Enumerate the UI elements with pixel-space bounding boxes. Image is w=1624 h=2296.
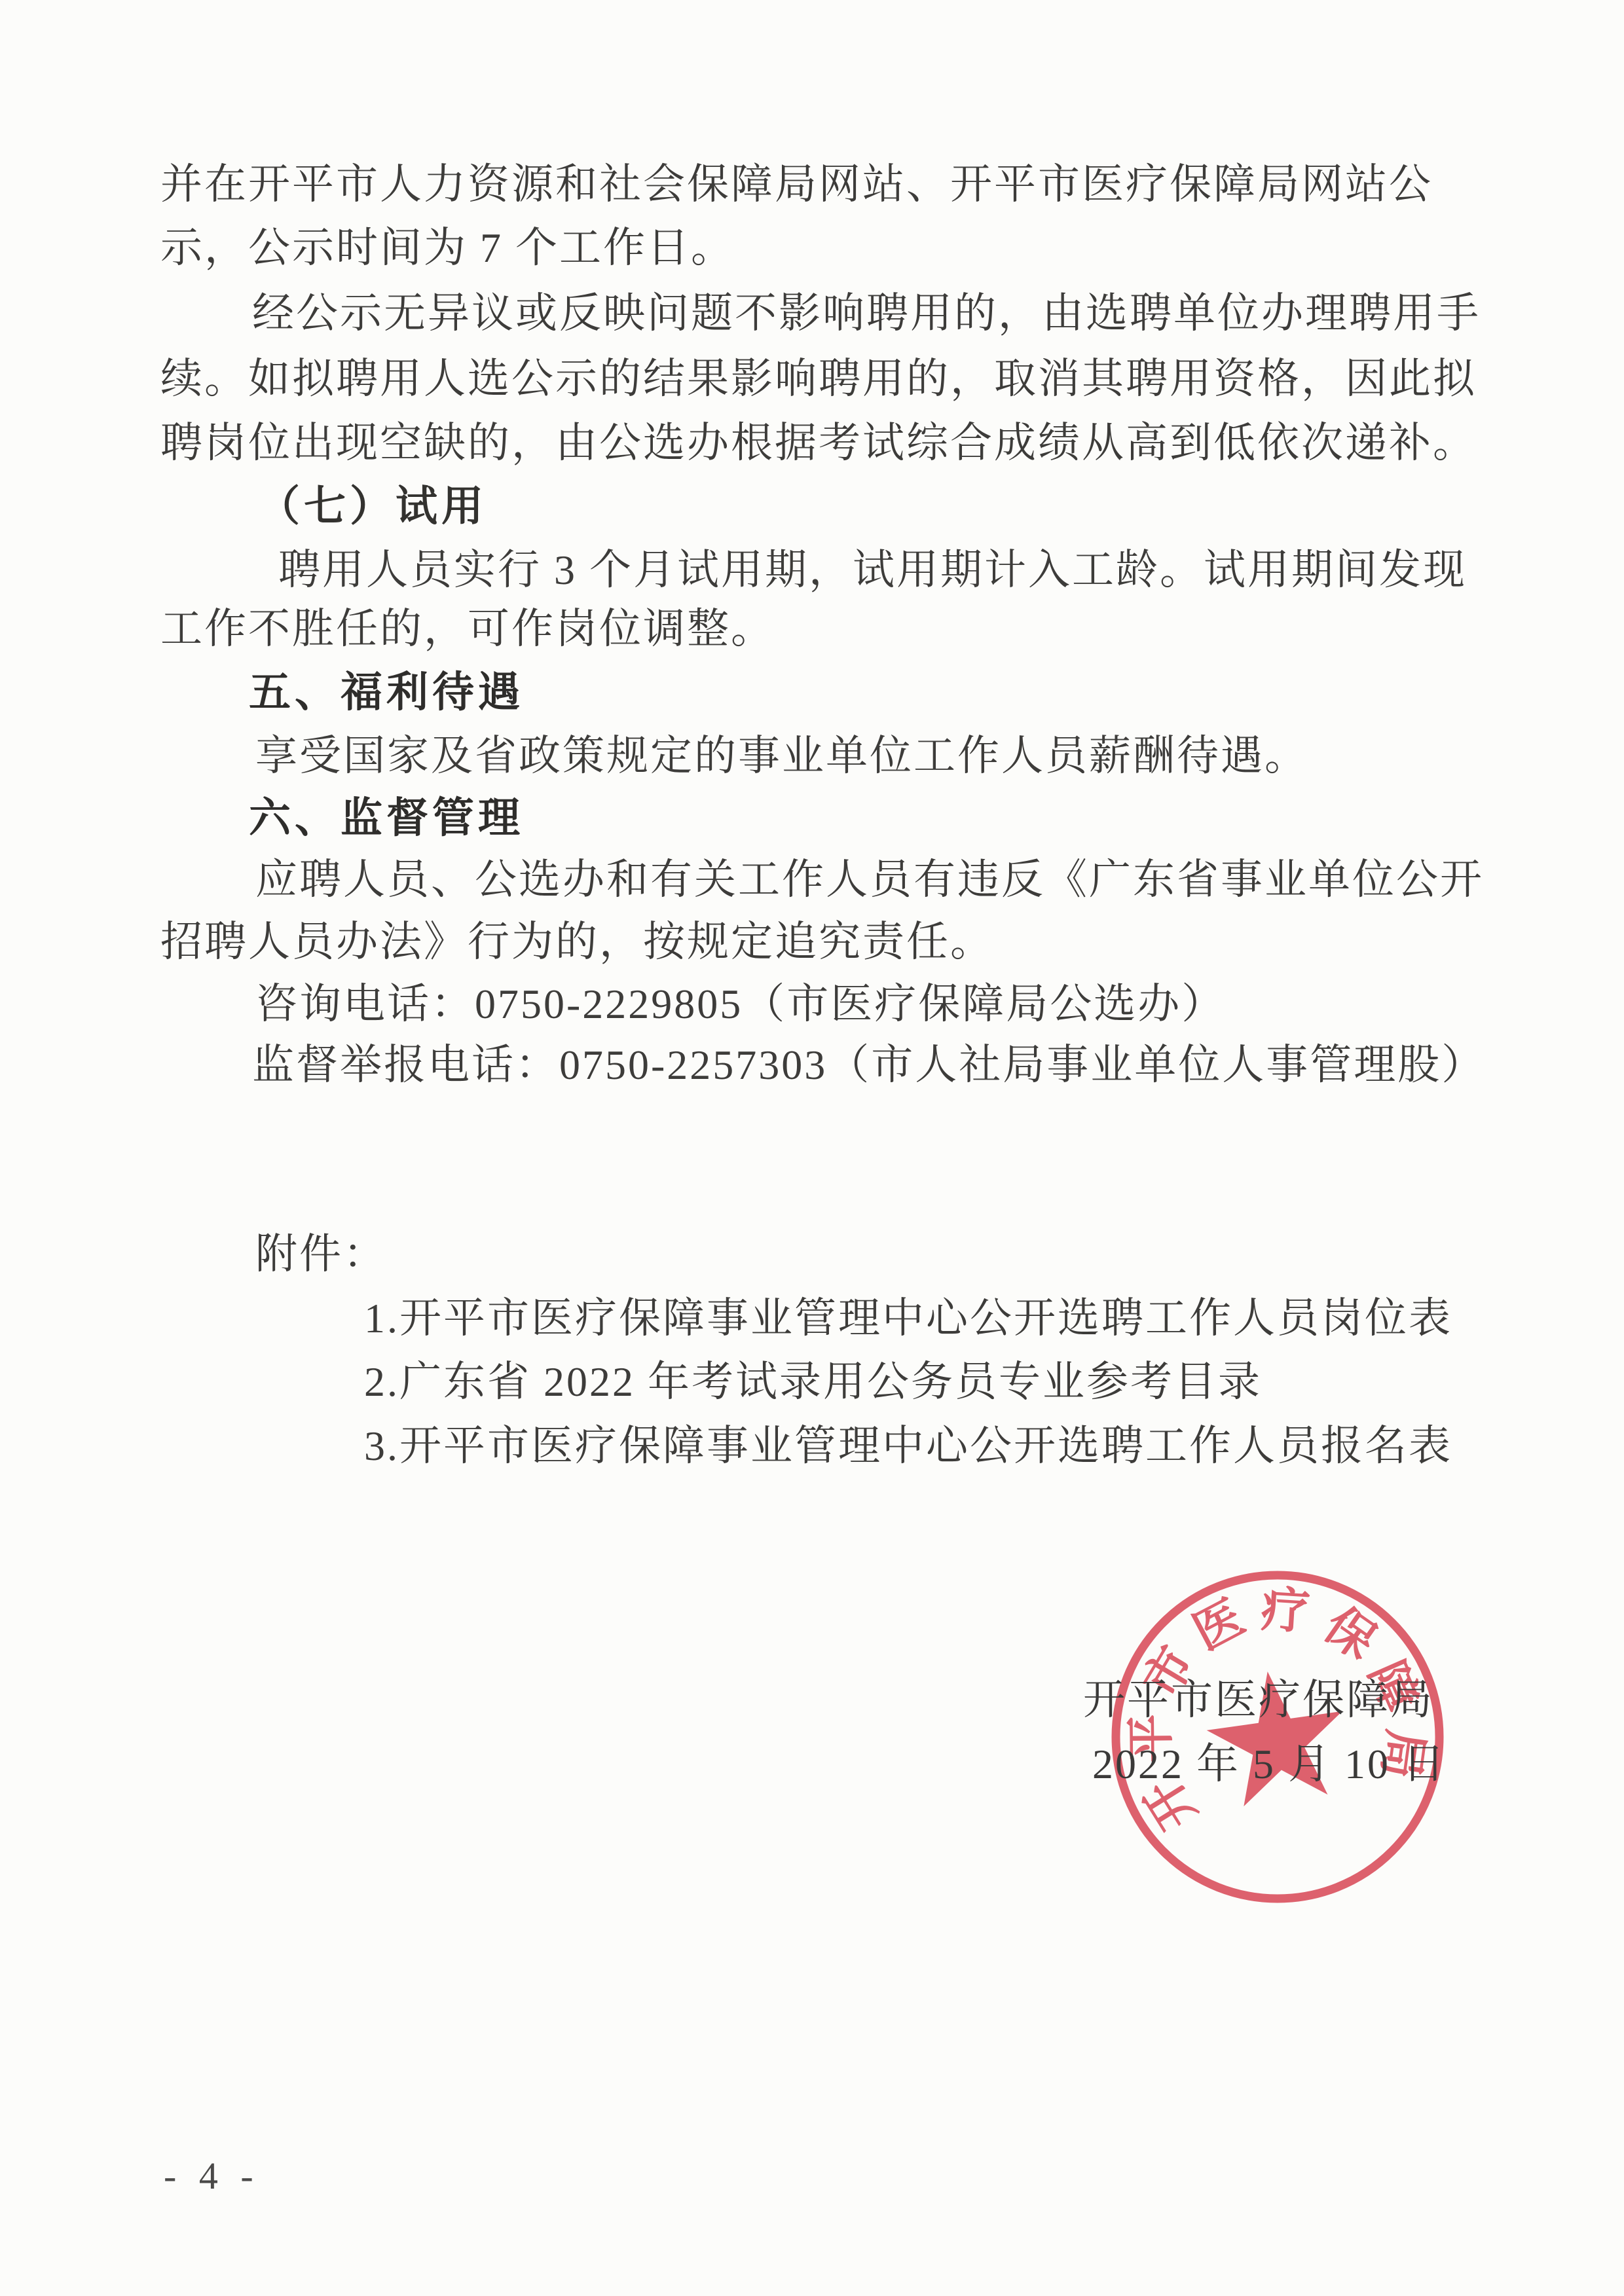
page-number: - 4 -: [164, 2154, 260, 2198]
para-line: 工作不胜任的，可作岗位调整。: [160, 608, 775, 650]
para-line: 享受国家及省政策规定的事业单位工作人员薪酬待遇。: [255, 735, 1308, 777]
para-line: 聘用人员实行 3 个月试用期，试用期计入工龄。试用期间发现: [278, 549, 1467, 591]
document-page: 并在开平市人力资源和社会保障局网站、开平市医疗保障局网站公 示，公示时间为 7 …: [0, 0, 1624, 2296]
para-line: 示，公示时间为 7 个工作日。: [160, 227, 735, 269]
para-line: 经公示无异议或反映问题不影响聘用的，由选聘单位办理聘用手: [252, 293, 1481, 335]
para-line: 应聘人员、公选办和有关工作人员有违反《广东省事业单位公开: [255, 859, 1484, 901]
official-seal: 开 平 市 医 疗 保 障 局: [1110, 1568, 1445, 1903]
para-line: 并在开平市人力资源和社会保障局网站、开平市医疗保障局网站公: [160, 164, 1433, 206]
section-heading-supervision: 六、监督管理: [249, 797, 524, 839]
para-line: 招聘人员办法》行为的，按规定追究责任。: [160, 921, 994, 963]
seal-arc-char: 疗: [1260, 1583, 1312, 1639]
attachment-item: 3.开平市医疗保障事业管理中心公开选聘工作人员报名表: [364, 1425, 1452, 1467]
para-line: 续。如拟聘用人选公示的结果影响聘用的，取消其聘用资格，因此拟: [160, 358, 1477, 400]
section-heading-benefits: 五、福利待遇: [249, 671, 524, 713]
contact-phone-line: 咨询电话：0750-2229805（市医疗保障局公选办）: [255, 983, 1225, 1025]
attachment-item: 1.开平市医疗保障事业管理中心公开选聘工作人员岗位表: [364, 1298, 1452, 1339]
signature-date: 2022 年 5 月 10 日: [1092, 1743, 1447, 1785]
report-phone-line: 监督举报电话：0750-2257303（市人社局事业单位人事管理股）: [252, 1044, 1485, 1086]
section-heading-trial: （七）试用: [258, 486, 487, 528]
signature-agency: 开平市医疗保障局: [1083, 1679, 1434, 1721]
attachment-item: 2.广东省 2022 年考试录用公务员专业参考目录: [364, 1361, 1262, 1403]
para-line: 聘岗位出现空缺的，由公选办根据考试综合成绩从高到低依次递补。: [160, 422, 1477, 464]
attachments-label: 附件：: [255, 1233, 387, 1275]
